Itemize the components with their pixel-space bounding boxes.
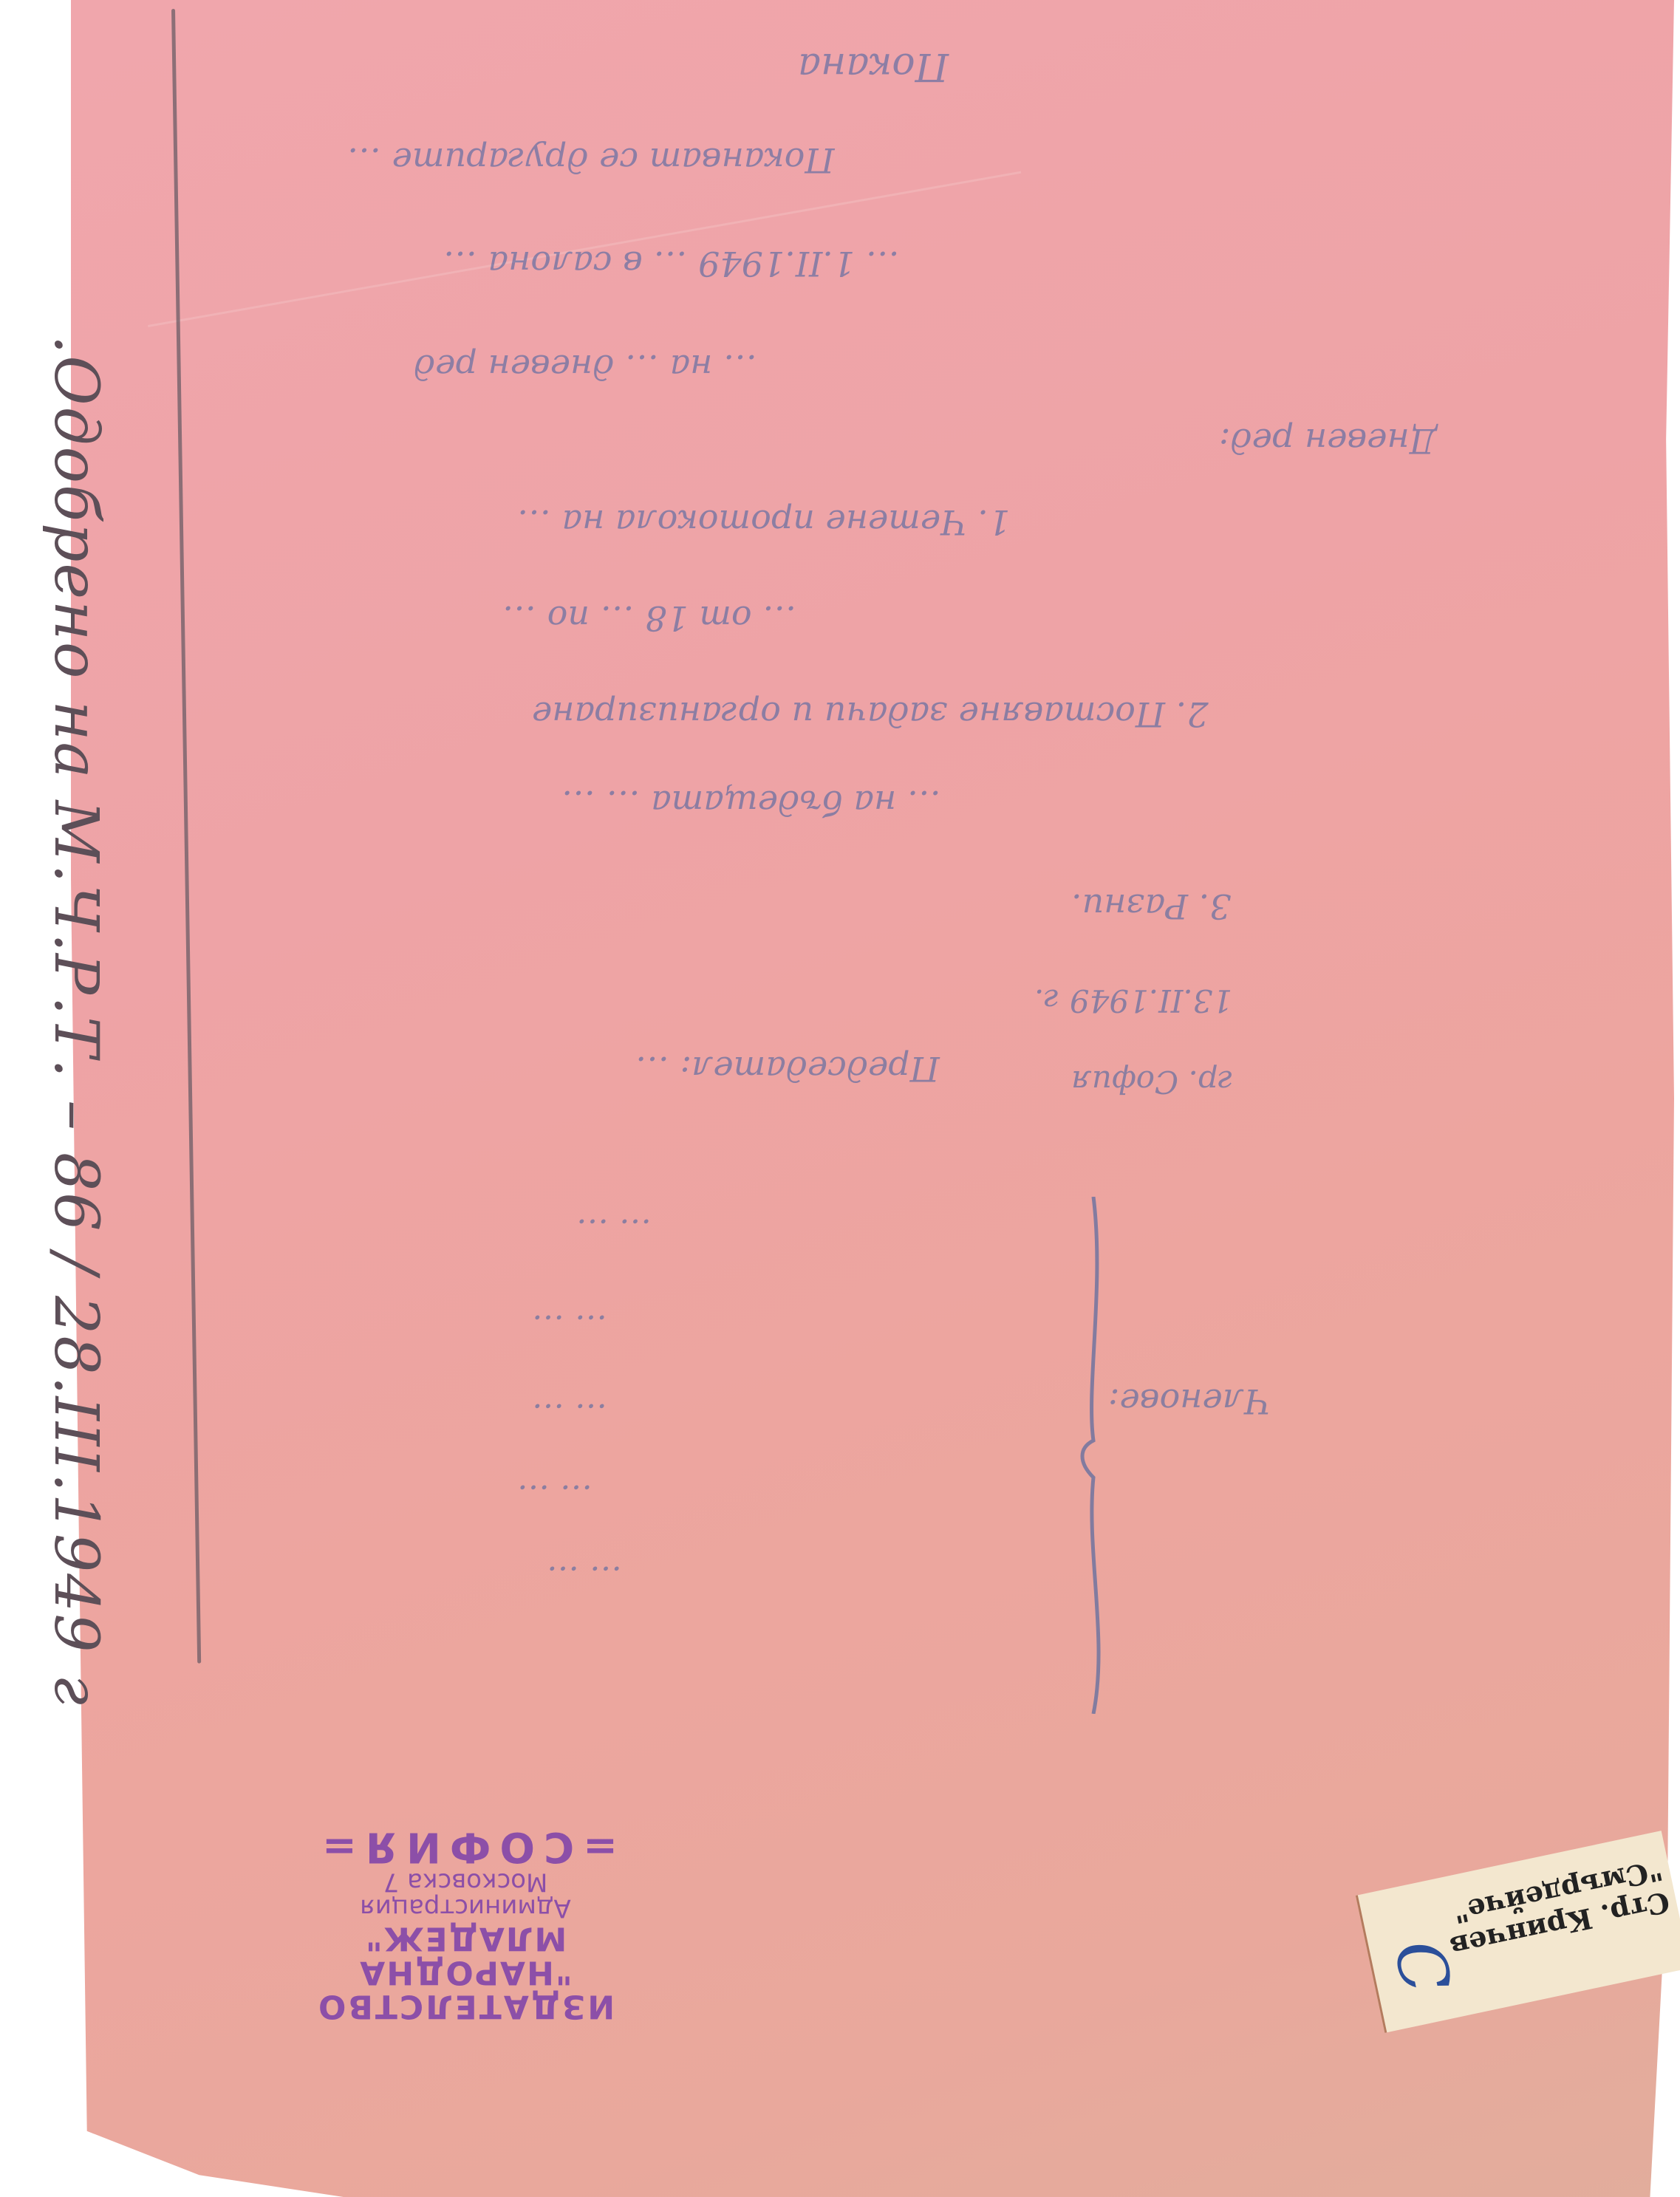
bleed-line: 3. Разни. <box>1071 886 1232 926</box>
publisher-stamp: ИЗДАТЕЛСТВО "НАРОДНА МЛАДЕЖ" Администрац… <box>303 1825 628 2023</box>
bleed-line: Членове: <box>1108 1381 1271 1421</box>
margin-approval-note: Одобрено на М.Ч.Р.Т. – 86 / 28.III.1949 … <box>41 7 111 1706</box>
bleed-line: Председател: … <box>635 1049 940 1089</box>
stamp-line: "НАРОДНА МЛАДЕЖ" <box>303 1921 628 1989</box>
stamp-line: =СОФИЯ= <box>303 1825 628 1868</box>
bleed-line: Покана <box>798 44 949 89</box>
bleed-line: 1. Четене протокола на … <box>517 502 1010 542</box>
stamp-line: ИЗДАТЕЛСТВО <box>303 1989 628 2023</box>
bleed-line: … … <box>547 1559 622 1596</box>
bleed-line: Поканват се другарите … <box>347 140 835 180</box>
bleed-line: … … <box>517 1477 593 1515</box>
bleed-line: … от 18 … по … <box>502 598 796 638</box>
bleed-line: 13.II.1949 г. <box>1034 983 1232 1019</box>
bleed-line: Дневен ред: <box>1219 421 1437 461</box>
bleed-line: 2. Поставяне задачи и организиране <box>532 694 1209 734</box>
bleed-line: … … <box>532 1396 607 1434</box>
bleed-line: … на бъдещата … … <box>561 783 941 823</box>
stamp-line: Администрация Московска 7 <box>303 1868 628 1921</box>
label-text: Стр. Кринчев "Смърдейче" <box>1440 1854 1672 1964</box>
label-signature: С <box>1379 1933 1465 1999</box>
bleed-line: гр. София <box>1071 1064 1234 1100</box>
bleed-line: … … <box>576 1212 652 1249</box>
brace-mark <box>1064 1197 1123 1714</box>
bleed-line: … … <box>532 1308 607 1345</box>
bleed-line: … на … дневен ред <box>414 347 757 387</box>
bleed-line: … 1.II.1949 … в салона … <box>443 244 900 284</box>
